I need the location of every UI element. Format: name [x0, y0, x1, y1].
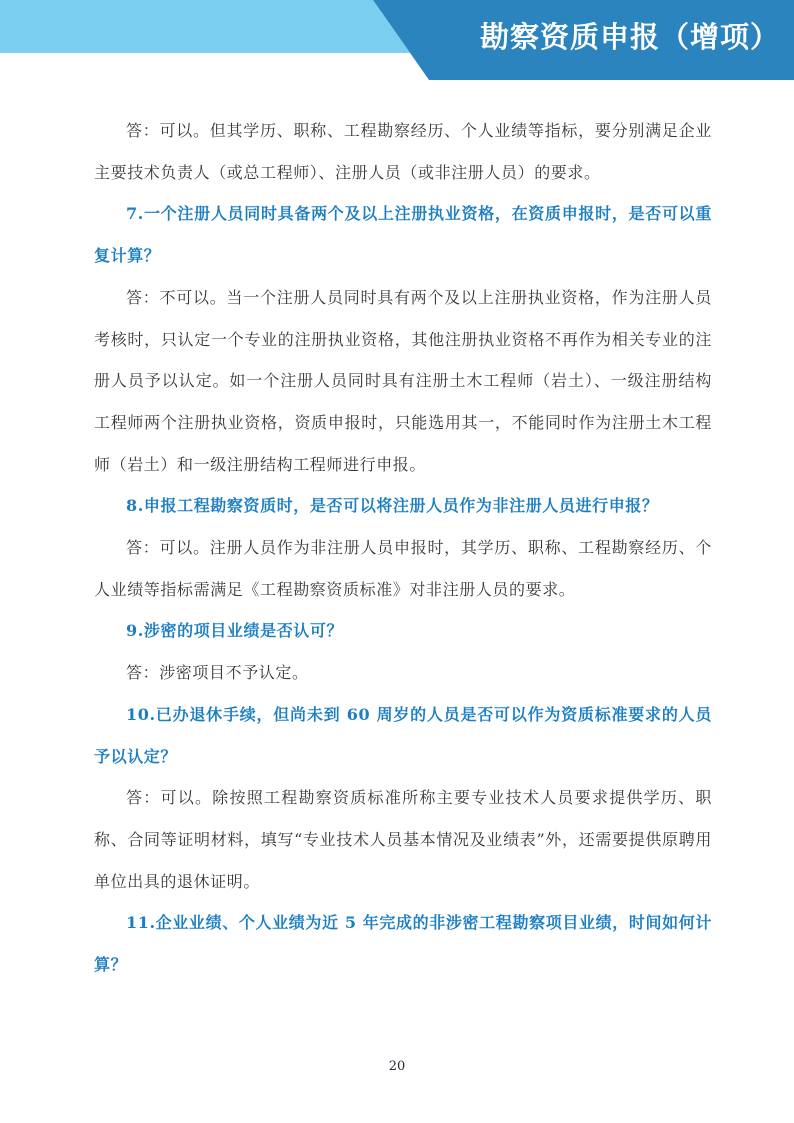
answer-paragraph: 答：不可以。当一个注册人员同时具有两个及以上注册执业资格，作为注册人员考核时，只…: [94, 277, 712, 486]
question-paragraph: 7.一个注册人员同时具备两个及以上注册执业资格，在资质申报时，是否可以重复计算？: [94, 193, 712, 276]
document-body: 答：可以。但其学历、职称、工程勘察经历、个人业绩等指标，要分别满足企业主要技术负…: [94, 110, 712, 986]
answer-paragraph: 答：可以。除按照工程勘察资质标准所称主要专业技术人员要求提供学历、职称、合同等证…: [94, 777, 712, 902]
question-paragraph: 9.涉密的项目业绩是否认可？: [94, 610, 712, 652]
page-title: 勘察资质申报（增项）: [480, 15, 780, 56]
question-paragraph: 10.已办退休手续，但尚未到 60 周岁的人员是否可以作为资质标准要求的人员予以…: [94, 694, 712, 777]
answer-paragraph: 答：可以。但其学历、职称、工程勘察经历、个人业绩等指标，要分别满足企业主要技术负…: [94, 110, 712, 193]
page-header-banner: 勘察资质申报（增项）: [0, 0, 794, 82]
page-number: 20: [389, 1059, 406, 1074]
page-footer: 20: [0, 1055, 794, 1074]
question-paragraph: 8.申报工程勘察资质时，是否可以将注册人员作为非注册人员进行申报？: [94, 485, 712, 527]
question-paragraph: 11.企业业绩、个人业绩为近 5 年完成的非涉密工程勘察项目业绩，时间如何计算？: [94, 902, 712, 985]
answer-paragraph: 答：涉密项目不予认定。: [94, 652, 712, 694]
answer-paragraph: 答：可以。注册人员作为非注册人员申报时，其学历、职称、工程勘察经历、个人业绩等指…: [94, 527, 712, 610]
